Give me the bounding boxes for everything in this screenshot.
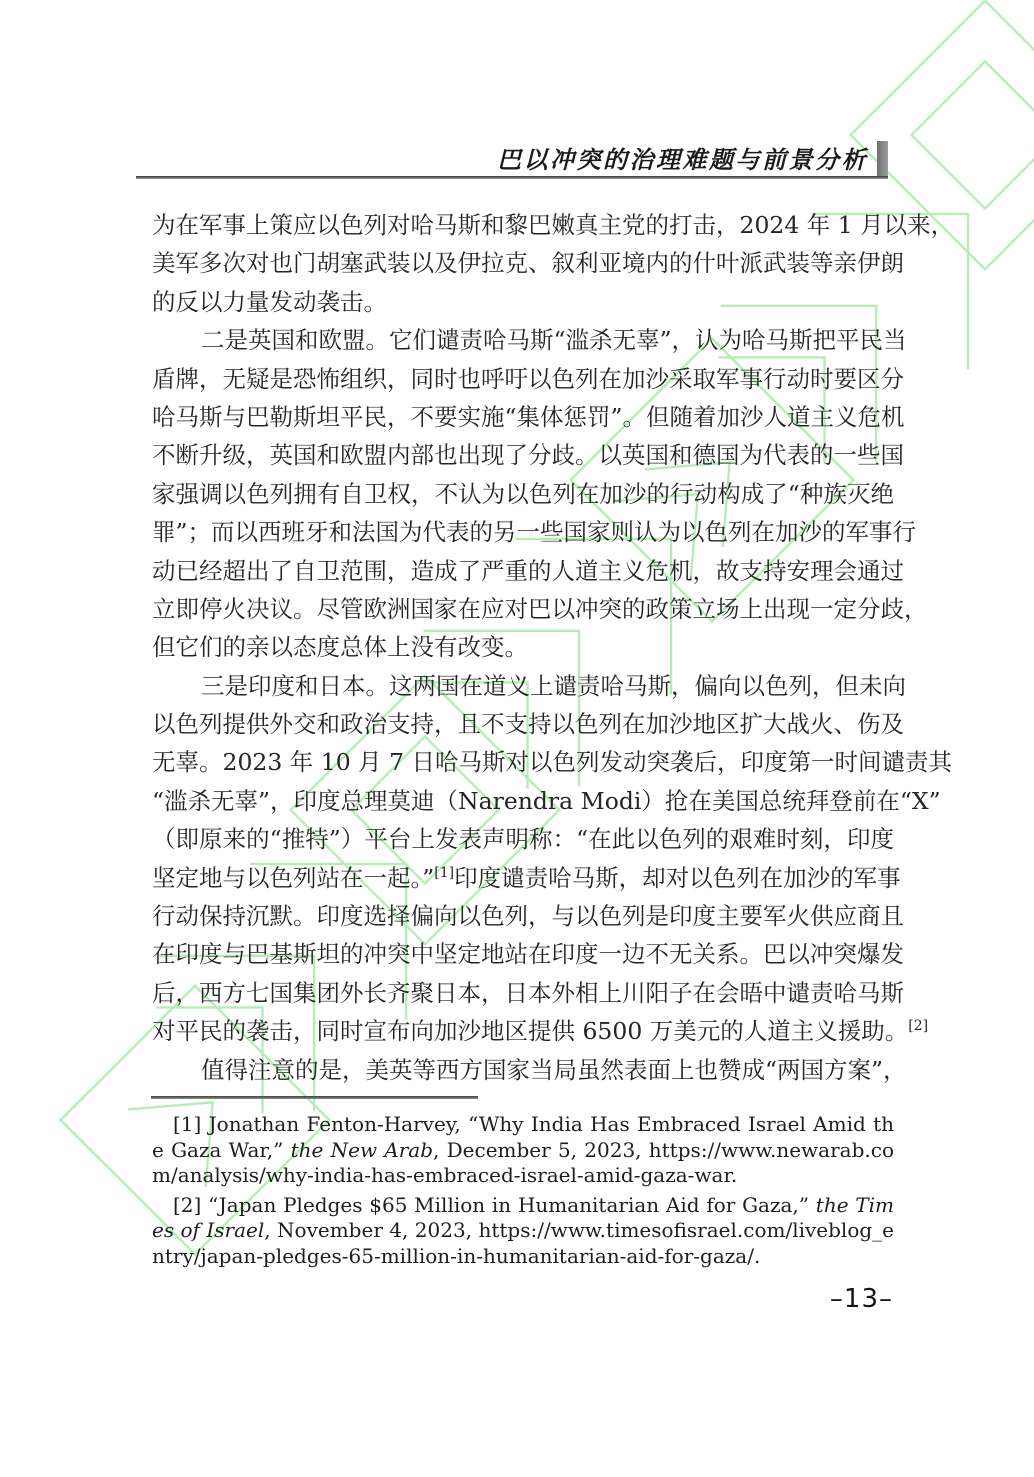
footnote-ref-1: [1]: [434, 865, 454, 881]
body-line: 行动保持沉默。印度选择偏向以色列，与以色列是印度主要军火供应商且: [152, 897, 894, 935]
body-line: 美军多次对也门胡塞武装以及伊拉克、叙利亚境内的什叶派武装等亲伊朗: [152, 244, 894, 282]
body-line: 的反以力量发动袭击。: [152, 283, 894, 321]
footnote-text: , November 4, 2023, https://www.timesofi…: [152, 1218, 894, 1268]
body-line: 三是印度和日本。这两国在道义上谴责哈马斯，偏向以色列，但未向: [152, 667, 894, 705]
body-line: 哈马斯与巴勒斯坦平民，不要实施“集体惩罚”。但随着加沙人道主义危机: [152, 398, 894, 436]
body-line: 盾牌，无疑是恐怖组织，同时也呼吁以色列在加沙采取军事行动时要区分: [152, 360, 894, 398]
header-bar: [877, 141, 888, 179]
footnote-separator: [151, 1096, 478, 1099]
body-line: 二是英国和欧盟。它们谴责哈马斯“滥杀无辜”，认为哈马斯把平民当: [152, 321, 894, 359]
body-line: 坚定地与以色列站在一起。”[1]印度谴责哈马斯，却对以色列在加沙的军事: [152, 859, 894, 897]
body-line: 在印度与巴基斯坦的冲突中坚定地站在印度一边不无关系。巴以冲突爆发: [152, 935, 894, 973]
footnote-marker: [2]: [173, 1193, 201, 1217]
body-text: 印度谴责哈马斯，却对以色列在加沙的军事: [454, 864, 901, 892]
body-line: 不断升级，英国和欧盟内部也出现了分歧。以英国和德国为代表的一些国: [152, 436, 894, 474]
document-page: 巴以冲突的治理难题与前景分析 为在军事上策应以色列对哈马斯和黎巴嫩真主党的打击，…: [0, 0, 1034, 1477]
body-text: 对平民的袭击，同时宣布向加沙地区提供 6500 万美元的人道主义援助。: [152, 1017, 908, 1045]
footnote-2: [2] “Japan Pledges $65 Million in Humani…: [152, 1193, 894, 1270]
body-line: 无辜。2023 年 10 月 7 日哈马斯对以色列发动突袭后，印度第一时间谴责其: [152, 743, 894, 781]
body-line: 以色列提供外交和政治支持，且不支持以色列在加沙地区扩大战火、伤及: [152, 705, 894, 743]
page-body: 为在军事上策应以色列对哈马斯和黎巴嫩真主党的打击，2024 年 1 月以来， 美…: [152, 206, 894, 1089]
body-line: 但它们的亲以态度总体上没有改变。: [152, 628, 894, 666]
footnote-1: [1] Jonathan Fenton-Harvey, “Why India H…: [152, 1112, 894, 1189]
body-text: 坚定地与以色列站在一起。”: [152, 864, 434, 892]
body-line: 值得注意的是，美英等西方国家当局虽然表面上也赞成“两国方案”，: [152, 1051, 894, 1089]
body-line: 罪”；而以西班牙和法国为代表的另一些国家则认为以色列在加沙的军事行: [152, 513, 894, 551]
footnotes: [1] Jonathan Fenton-Harvey, “Why India H…: [152, 1112, 894, 1270]
body-line: 动已经超出了自卫范围，造成了严重的人道主义危机，故支持安理会通过: [152, 552, 894, 590]
header-rule: [136, 176, 888, 179]
body-line: （即原来的“推特”）平台上发表声明称：“在此以色列的艰难时刻，印度: [152, 820, 894, 858]
page-number: –13–: [830, 1284, 893, 1314]
body-line: 为在军事上策应以色列对哈马斯和黎巴嫩真主党的打击，2024 年 1 月以来，: [152, 206, 894, 244]
footnote-source-italic: the New Arab: [291, 1138, 433, 1162]
body-line: “滥杀无辜”，印度总理莫迪（Narendra Modi）抢在美国总统拜登前在“X…: [152, 782, 894, 820]
body-line: 家强调以色列拥有自卫权，不认为以色列在加沙的行动构成了“种族灭绝: [152, 475, 894, 513]
body-line: 对平民的袭击，同时宣布向加沙地区提供 6500 万美元的人道主义援助。[2]: [152, 1012, 894, 1050]
footnote-ref-2: [2]: [908, 1018, 928, 1034]
footnote-text: “Japan Pledges $65 Million in Humanitari…: [201, 1193, 815, 1217]
body-line: 立即停火决议。尽管欧洲国家在应对巴以冲突的政策立场上出现一定分歧，: [152, 590, 894, 628]
body-line: 后，西方七国集团外长齐聚日本，日本外相上川阳子在会晤中谴责哈马斯: [152, 974, 894, 1012]
footnote-marker: [1]: [173, 1112, 201, 1136]
running-head-title: 巴以冲突的治理难题与前景分析: [497, 140, 868, 175]
